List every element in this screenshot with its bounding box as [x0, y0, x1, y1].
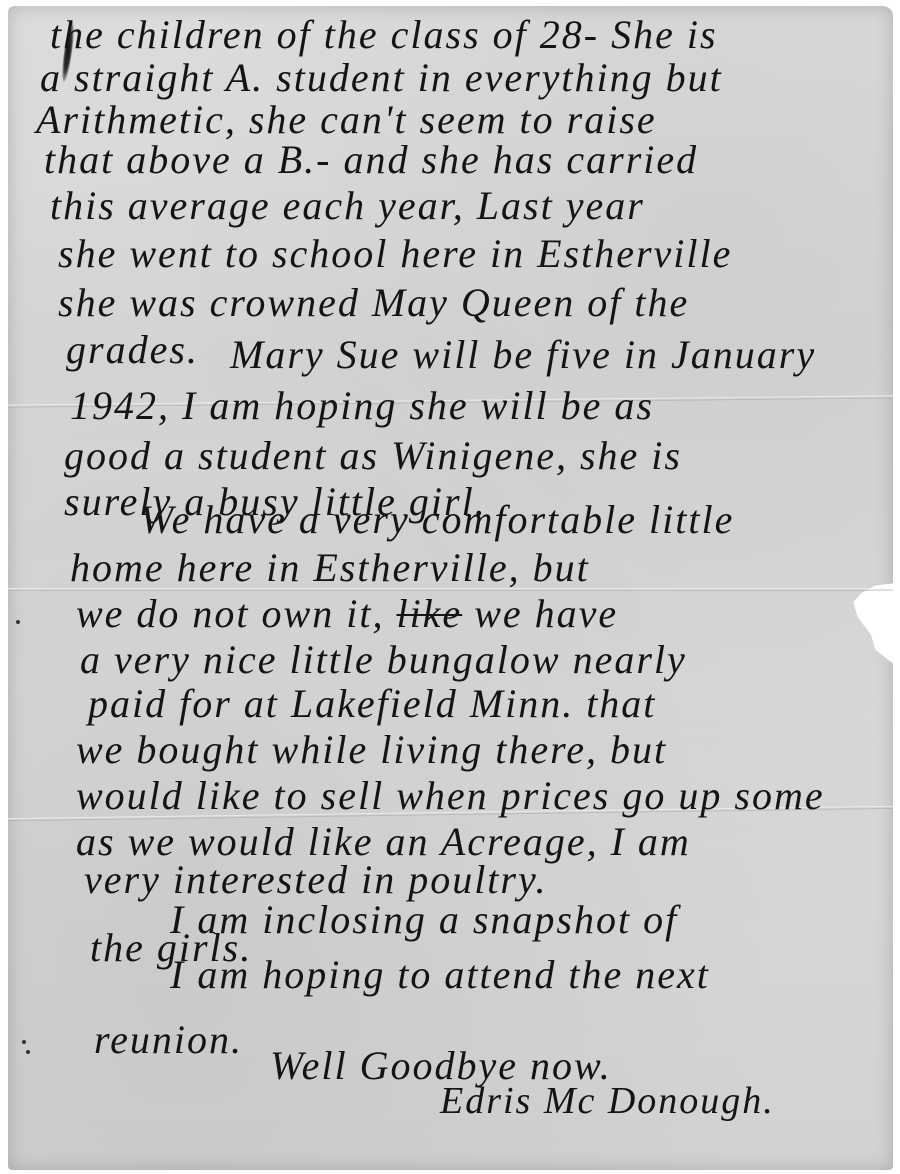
letter-line: paid for at Lakefield Minn. that	[88, 684, 656, 724]
letter-line: good a student as Winigene, she is	[64, 436, 682, 476]
letter-text: we have	[474, 591, 618, 636]
letter-line: we do not own it, like we have	[76, 594, 618, 634]
letter-line: grades.	[66, 330, 199, 370]
letter-text: we do not own it,	[76, 591, 384, 636]
letter-line: We have a very comfortable little	[140, 500, 734, 540]
ink-dot	[16, 620, 20, 624]
letter-line: very interested in poultry.	[84, 860, 548, 900]
letter-line: Mary Sue will be five in January	[230, 335, 816, 375]
letter-line: we bought while living there, but	[76, 730, 667, 770]
letter-line: 1942, I am hoping she will be as	[70, 386, 654, 426]
letter-line: Arithmetic, she can't seem to raise	[36, 100, 657, 140]
letter-line: this average each year, Last year	[50, 186, 645, 226]
signature: Edris Mc Donough.	[440, 1082, 775, 1120]
ink-dot	[22, 1040, 26, 1044]
struck-word: like	[396, 591, 462, 636]
letter-line: a very nice little bungalow nearly	[80, 640, 687, 680]
letter-line: home here in Estherville, but	[70, 548, 590, 588]
letter-line: she went to school here in Estherville	[58, 234, 732, 274]
letter-line: that above a B.- and she has carried	[44, 140, 698, 180]
letter-line: as we would like an Acreage, I am	[76, 822, 691, 862]
letter-line: the children of the class of 28- She is	[50, 15, 718, 55]
ink-dot	[26, 1050, 30, 1054]
letter-line: would like to sell when prices go up som…	[76, 776, 825, 816]
letter-line: a straight A. student in everything but	[40, 58, 723, 98]
letter-line: she was crowned May Queen of the	[58, 283, 689, 323]
letter-line: I am hoping to attend the next	[170, 955, 710, 995]
letter-line: reunion.	[94, 1020, 243, 1060]
